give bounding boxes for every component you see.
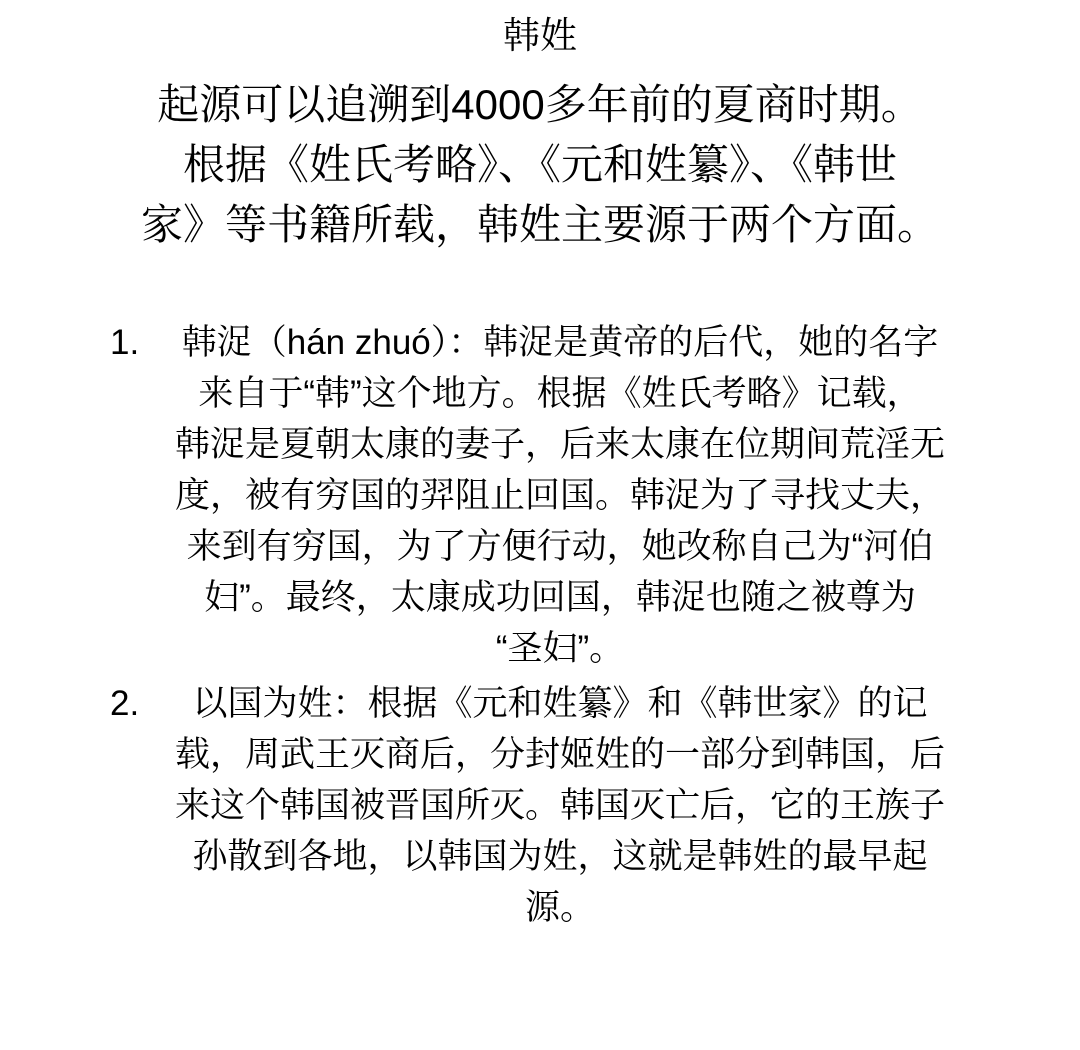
list-item-2-text: 以国为姓：根据《元和姓纂》和《韩世家》的记 载，周武王灭商后，分封姬姓的一部分到… (150, 678, 970, 933)
list-item-1-marker: 1. (110, 317, 139, 368)
intro-paragraph: 起源可以追溯到4000多年前的夏商时期。 根据《姓氏考略》、《元和姓纂》、《韩世… (95, 75, 985, 255)
origin-list: 1. 韩浞（hán zhuó）：韩浞是黄帝的后代，她的名字 来自于“韩”这个地方… (95, 317, 985, 933)
page-title: 韩姓 (95, 0, 985, 59)
list-item-state-surname: 2. 以国为姓：根据《元和姓纂》和《韩世家》的记 载，周武王灭商后，分封姬姓的一… (150, 678, 970, 933)
list-item-1-text: 韩浞（hán zhuó）：韩浞是黄帝的后代，她的名字 来自于“韩”这个地方。根据… (150, 317, 970, 674)
document-page: 韩姓 起源可以追溯到4000多年前的夏商时期。 根据《姓氏考略》、《元和姓纂》、… (0, 0, 1080, 1050)
list-item-2-marker: 2. (110, 678, 139, 729)
list-item-han-zhuo: 1. 韩浞（hán zhuó）：韩浞是黄帝的后代，她的名字 来自于“韩”这个地方… (150, 317, 970, 674)
